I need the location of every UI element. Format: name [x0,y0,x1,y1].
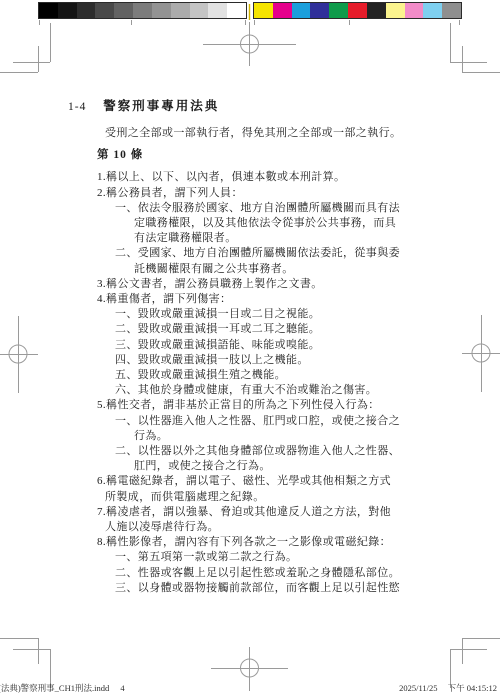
registration-mark-right [462,315,500,392]
file-name: (法典)警察刑事_CH1刑法.indd [0,683,109,693]
text-line: 肛門，或使之接合之行為。 [134,459,423,474]
text-line: 7.稱凌虐者，謂以強暴、脅迫或其他違反人道之方法，對他 [97,505,423,520]
registration-mark-left [0,316,38,393]
text-line: 一、以性器進入他人之性器、肛門或口腔，或使之接合之 [115,414,423,429]
text-line: 所製成，而供電腦處理之紀錄。 [105,490,423,505]
text-line: 四、毀敗或嚴重減損一肢以上之機能。 [115,353,423,368]
text-line: 六、其他於身體或健康，有重大不治或難治之傷害。 [115,383,423,398]
slug-date: 2025/11/25 [399,683,437,693]
text-line: 行為。 [134,429,423,444]
text-line: 三、毀敗或嚴重減損語能、味能或嗅能。 [115,338,423,353]
text-line: 二、毀敗或嚴重減損一耳或二耳之聽能。 [115,322,423,337]
slug-timestamp: 2025/11/25 下午 04:15:12 [399,682,497,694]
text-line: 人施以凌辱虐待行為。 [105,520,423,535]
text-line: 託機關權限有關之公共事務者。 [134,262,423,277]
text-line: 三、以身體或器物接觸前款部位，而客觀上足以引起性慾 [115,581,423,596]
crop-mark-top-left [0,23,51,73]
text-line: 一、依法令服務於國家、地方自治團體所屬機關而具有法 [115,201,423,216]
text-line: 3.稱公文書者，謂公務員職務上製作之文書。 [97,277,423,292]
text-line: 5.稱性交者，謂非基於正當目的所為之下列性侵入行為： [97,398,423,413]
text-line: 8.稱性影像者，謂內容有下列各款之一之影像或電磁紀錄： [97,535,423,550]
slug-file-info: (法典)警察刑事_CH1刑法.indd 4 [0,682,125,694]
text-line: 6.稱電磁紀錄者，謂以電子、磁性、光學或其他相類之方式 [97,474,423,489]
print-proof-page: 1-4 警察刑事專用法典 受刑之全部或一部執行者，得免其刑之全部或一部之執行。第… [0,0,500,700]
text-line: 一、第五項第一款或第二款之行為。 [115,550,423,565]
text-line: 五、毀敗或嚴重減損生殖之機能。 [115,368,423,383]
registration-mark-bottom [211,647,288,691]
running-head: 1-4 警察刑事專用法典 [68,96,219,114]
text-line: 受刑之全部或一部執行者，得免其刑之全部或一部之執行。 [105,126,423,141]
text-line: 1.稱以上、以下、以內者，俱連本數或本刑計算。 [97,170,423,185]
text-line: 一、毀敗或嚴重減損一目或二目之視能。 [115,307,423,322]
article-heading: 第 10 條 [97,148,423,163]
registration-mark-top [203,22,296,66]
text-line: 2.稱公務員者，謂下列人員： [97,186,423,201]
text-line: 二、性器或客觀上足以引起性慾或羞恥之身體隱私部位。 [115,566,423,581]
slug-time: 下午 04:15:12 [448,683,497,693]
book-title: 警察刑事專用法典 [103,99,219,113]
text-line: 定職務權限，以及其他依法令從事於公共事務，而具 [134,216,423,231]
text-line: 二、受國家、地方自治團體所屬機關依法委託，從事與委 [115,246,423,261]
text-line: 有法定職務權限者。 [134,231,423,246]
page-number: 1-4 [68,101,86,113]
crop-mark-bottom-left [0,638,51,688]
crop-mark-top-right [450,23,500,73]
text-line: 二、以性器以外之其他身體部位或器物進入他人之性器、 [115,444,423,459]
law-text-body: 受刑之全部或一部執行者，得免其刑之全部或一部之執行。第 10 條1.稱以上、以下… [97,126,423,596]
text-line: 4.稱重傷者，謂下列傷害： [97,292,423,307]
slug-page-number: 4 [120,683,124,693]
crop-mark-bottom-right [450,638,500,688]
